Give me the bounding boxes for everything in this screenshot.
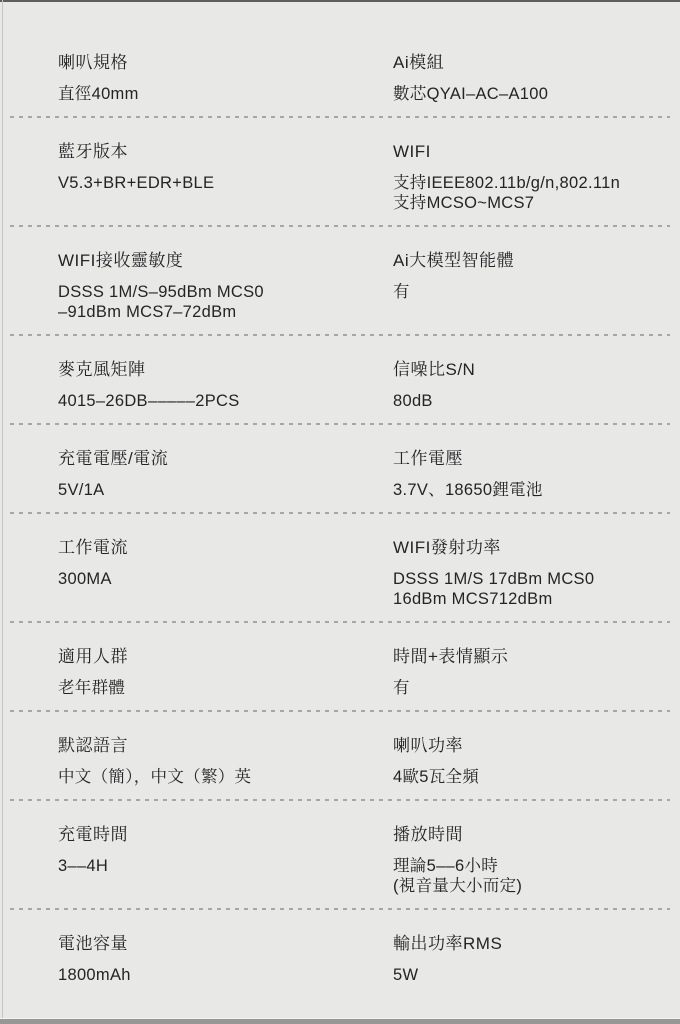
spec-cell-left: 麥克風矩陣 4015–26DB–––––2PCS xyxy=(58,358,393,411)
spec-value: 有 xyxy=(393,678,670,698)
spec-cell-right: Ai大模型智能體 有 xyxy=(393,249,670,322)
spec-value: 有 xyxy=(393,282,670,302)
spec-label: 工作電壓 xyxy=(393,447,670,471)
spec-cell-right: Ai模組 數芯QYAI–AC–A100 xyxy=(393,51,670,104)
spec-label: 充電時間 xyxy=(58,823,393,847)
spec-label: 充電電壓/電流 xyxy=(58,447,393,471)
spec-label: 信噪比S/N xyxy=(393,358,670,382)
spec-value: DSSS 1M/S 17dBm MCS0 16dBm MCS712dBm xyxy=(393,569,670,609)
spec-value: 3––4H xyxy=(58,856,393,876)
spec-value: 4歐5瓦全頻 xyxy=(393,767,670,787)
spec-cell-left: 電池容量 1800mAh xyxy=(58,932,393,985)
spec-label: 時間+表情顯示 xyxy=(393,645,670,669)
spec-label: 輸出功率RMS xyxy=(393,932,670,956)
spec-label: 麥克風矩陣 xyxy=(58,358,393,382)
spec-value: 300MA xyxy=(58,569,393,589)
spec-label: 工作電流 xyxy=(58,536,393,560)
spec-label: 電池容量 xyxy=(58,932,393,956)
spec-cell-left: 工作電流 300MA xyxy=(58,536,393,609)
spec-label: 默認語言 xyxy=(58,734,393,758)
spec-value: 支持IEEE802.11b/g/n,802.11n 支持MCSO~MCS7 xyxy=(393,173,670,213)
spec-cell-right: 播放時間 理論5––6小時 (視音量大小而定) xyxy=(393,823,670,896)
spec-value: 老年群體 xyxy=(58,678,393,698)
spec-cell-left: 默認語言 中文（簡），中文（繁）英 xyxy=(58,734,393,787)
spec-label: Ai模組 xyxy=(393,51,670,75)
spec-label: 藍牙版本 xyxy=(58,140,393,164)
spec-row: 工作電流 300MA WIFI發射功率 DSSS 1M/S 17dBm MCS0… xyxy=(10,514,670,623)
spec-label: Ai大模型智能體 xyxy=(393,249,670,273)
spec-label: WIFI接收靈敏度 xyxy=(58,249,393,273)
spec-cell-left: 充電時間 3––4H xyxy=(58,823,393,896)
spec-cell-right: WIFI發射功率 DSSS 1M/S 17dBm MCS0 16dBm MCS7… xyxy=(393,536,670,609)
spec-value: 4015–26DB–––––2PCS xyxy=(58,391,393,411)
spec-value: V5.3+BR+EDR+BLE xyxy=(58,173,393,193)
spec-label: WIFI發射功率 xyxy=(393,536,670,560)
spec-cell-left: 適用人群 老年群體 xyxy=(58,645,393,698)
spec-label: 適用人群 xyxy=(58,645,393,669)
spec-row: 默認語言 中文（簡），中文（繁）英 喇叭功率 4歐5瓦全頻 xyxy=(10,712,670,801)
spec-value: 直徑40mm xyxy=(58,84,393,104)
spec-row: 適用人群 老年群體 時間+表情顯示 有 xyxy=(10,623,670,712)
spec-value: 80dB xyxy=(393,391,670,411)
spec-value: 1800mAh xyxy=(58,965,393,985)
spec-row: 電池容量 1800mAh 輸出功率RMS 5W xyxy=(10,910,670,999)
spec-label: 喇叭規格 xyxy=(58,51,393,75)
spec-cell-right: 喇叭功率 4歐5瓦全頻 xyxy=(393,734,670,787)
spec-row: 充電時間 3––4H 播放時間 理論5––6小時 (視音量大小而定) xyxy=(10,801,670,910)
bottom-bar xyxy=(0,1018,680,1024)
spec-cell-left: 充電電壓/電流 5V/1A xyxy=(58,447,393,500)
spec-value: 3.7V、18650鋰電池 xyxy=(393,480,670,500)
spec-row: 喇叭規格 直徑40mm Ai模組 數芯QYAI–AC–A100 xyxy=(10,29,670,118)
spec-value: DSSS 1M/S–95dBm MCS0 –91dBm MCS7–72dBm xyxy=(58,282,393,322)
spec-value: 5V/1A xyxy=(58,480,393,500)
spec-cell-right: 工作電壓 3.7V、18650鋰電池 xyxy=(393,447,670,500)
spec-cell-right: 時間+表情顯示 有 xyxy=(393,645,670,698)
spec-row: 藍牙版本 V5.3+BR+EDR+BLE WIFI 支持IEEE802.11b/… xyxy=(10,118,670,227)
spec-sheet: 喇叭規格 直徑40mm Ai模組 數芯QYAI–AC–A100 藍牙版本 V5.… xyxy=(0,0,680,999)
spec-cell-right: 輸出功率RMS 5W xyxy=(393,932,670,985)
spec-label: 喇叭功率 xyxy=(393,734,670,758)
spec-cell-left: 藍牙版本 V5.3+BR+EDR+BLE xyxy=(58,140,393,213)
spec-value: 中文（簡），中文（繁）英 xyxy=(58,767,393,787)
spec-value: 理論5––6小時 (視音量大小而定) xyxy=(393,856,670,896)
spec-cell-right: 信噪比S/N 80dB xyxy=(393,358,670,411)
spec-row: 充電電壓/電流 5V/1A 工作電壓 3.7V、18650鋰電池 xyxy=(10,425,670,514)
spec-value: 5W xyxy=(393,965,670,985)
spec-cell-left: WIFI接收靈敏度 DSSS 1M/S–95dBm MCS0 –91dBm MC… xyxy=(58,249,393,322)
spec-label: 播放時間 xyxy=(393,823,670,847)
spec-cell-left: 喇叭規格 直徑40mm xyxy=(58,51,393,104)
spec-row: 麥克風矩陣 4015–26DB–––––2PCS 信噪比S/N 80dB xyxy=(10,336,670,425)
spec-value: 數芯QYAI–AC–A100 xyxy=(393,84,670,104)
spec-row: WIFI接收靈敏度 DSSS 1M/S–95dBm MCS0 –91dBm MC… xyxy=(10,227,670,336)
spec-label: WIFI xyxy=(393,140,670,164)
spec-cell-right: WIFI 支持IEEE802.11b/g/n,802.11n 支持MCSO~MC… xyxy=(393,140,670,213)
